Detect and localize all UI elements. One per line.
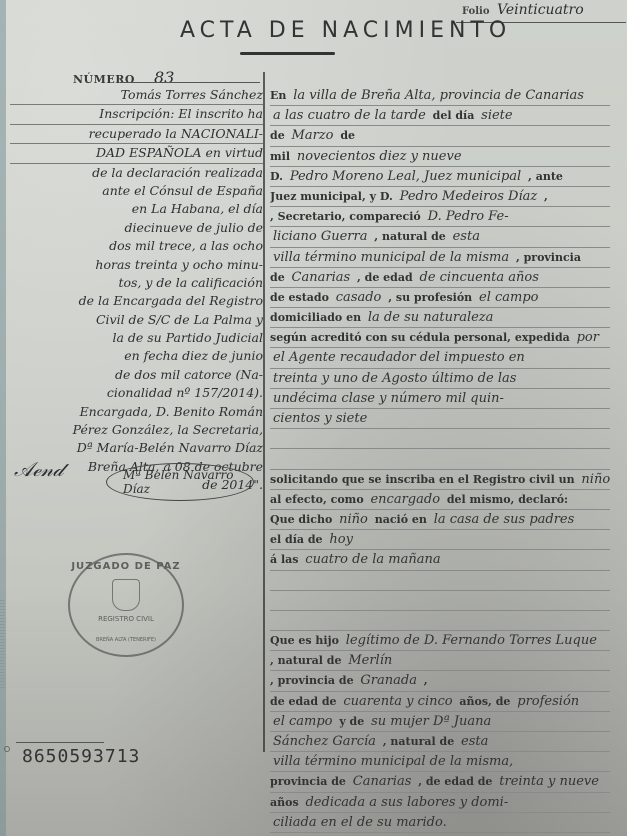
body-line: domiciliado en la de su naturaleza [270,308,610,328]
margin-line: DAD ESPAÑOLA en virtud [10,144,263,163]
handwritten-text: niño [339,512,368,527]
margin-line: de dos mil catorce (Na- [10,366,263,384]
handwritten-text: treinta y uno de Agosto último de las [273,371,516,386]
printed-text: del día [433,109,475,122]
printed-text: mil [270,150,290,163]
body-line [270,611,610,631]
body-line: , natural de Merlín [270,651,610,671]
body-line: de edad de cuarenta y cinco años, de pro… [270,692,610,712]
margin-line: de la Encargada del Registro [10,292,263,310]
margin-line: la de su Partido Judicial [10,329,263,347]
body-line: de estado casado , su profesión el campo [270,288,610,308]
stamp-middle-text: REGISTRO CIVIL [70,615,182,623]
printed-text: , [544,190,548,203]
margin-line: cionalidad nº 157/2014). [10,384,263,402]
handwritten-text: Marzo [292,128,334,143]
handwritten-text: de cincuenta años [420,270,539,285]
body-line: Que es hijo legítimo de D. Fernando Torr… [270,631,610,651]
handwritten-text: el Agente recaudador del impuesto en [273,350,525,365]
printed-text: domiciliado en [270,311,361,324]
body-line: treinta y uno de Agosto último de las [270,369,610,389]
body-line [270,429,610,449]
handwritten-text: por [577,330,599,345]
handwritten-text: la de su naturaleza [368,310,494,325]
margin-line: Civil de S/C de La Palma y [10,311,263,329]
printed-text: de [270,129,285,142]
handwritten-text: niño [581,472,610,487]
printed-text: Que es hijo [270,634,339,647]
printed-text: , de edad de [418,775,492,788]
body-line: cientos y siete [270,409,610,429]
record-number: NÚMERO 83 [73,68,174,87]
body-line: según acreditó con su cédula personal, e… [270,328,610,348]
certificate-body: En la villa de Breña Alta, provincia de … [270,86,610,833]
body-line: solicitando que se inscriba en el Regist… [270,470,610,490]
handwritten-text: undécima clase y número mil quin- [273,391,504,406]
printed-text: el día [270,533,304,546]
folio-value: Veinticuatro [497,2,584,18]
margin-line: de la declaración realizada [10,164,263,182]
page-edge [0,0,6,836]
printed-text: según acreditó con su cédula personal, e… [270,331,570,344]
printed-text: del mismo, declaró: [447,493,568,506]
printed-text: Que dicho [270,513,332,526]
body-line: de Marzo de [270,126,610,146]
signature-encargado: 𝒜ℯ𝓃𝒹 [14,457,63,481]
official-stamp: JUZGADO DE PAZ REGISTRO CIVIL BREÑA ALTA… [68,553,184,657]
body-line: mil novecientos diez y nueve [270,147,610,167]
body-line: villa término municipal de la misma , pr… [270,248,610,268]
handwritten-text: su mujer Dª Juana [371,714,491,729]
handwritten-text: Sánchez García [273,734,376,749]
handwritten-text: profesión [517,694,579,709]
handwritten-text: esta [461,734,488,749]
handwritten-text: D. Pedro Fe- [428,209,509,224]
handwritten-text: siete [481,108,512,123]
body-line: Juez municipal, y D. Pedro Medeiros Díaz… [270,187,610,207]
handwritten-text: cuatro de la mañana [305,552,440,567]
handwritten-text: Pedro Medeiros Díaz [400,189,538,204]
body-line: Que dicho niño nació en la casa de sus p… [270,510,610,530]
printed-text: , provincia de [270,674,354,687]
handwritten-text: dedicada a sus labores y domi- [305,795,508,810]
body-line: En la villa de Breña Alta, provincia de … [270,86,610,106]
margin-line: tos, y de la calificación [10,274,263,292]
margin-line: Pérez González, la Secretaria, [10,421,263,439]
printed-text: En [270,89,286,102]
handwritten-text: cientos y siete [273,411,367,426]
printed-text: solicitando que se inscriba en el Regist… [270,473,575,486]
handwritten-text: esta [453,229,480,244]
handwritten-text: la villa de Breña Alta, provincia de Can… [293,88,584,103]
body-line: ciliada en el de su marido. [270,813,610,833]
margin-line: en fecha diez de junio [10,347,263,365]
serial-number: 8650593713 [22,746,140,767]
handwritten-text: liciano Guerra [273,229,367,244]
printed-text: , su profesión [388,291,472,304]
handwritten-text: el campo [273,714,333,729]
body-line: á las cuatro de la mañana [270,550,610,570]
handwritten-text: Canarias [353,774,412,789]
handwritten-text: villa término municipal de la misma, [273,754,513,769]
handwritten-text: treinta y nueve [499,774,599,789]
printed-text: de [308,533,323,546]
body-line: , Secretario, compareció D. Pedro Fe- [270,207,610,227]
margin-line: ante el Cónsul de España [10,182,263,200]
margin-line: diecinueve de julio de [10,219,263,237]
body-line: undécima clase y número mil quin- [270,389,610,409]
coat-of-arms-icon [112,579,140,611]
numero-value: 83 [154,68,174,87]
margin-line: recuperado la NACIONALI- [10,125,263,144]
margin-line: Encargada, D. Benito Román [10,403,263,421]
margin-annotation: Tomás Torres SánchezInscripción: El insc… [10,86,263,495]
printed-text: y de [339,715,364,728]
body-line [270,591,610,611]
margin-line: horas treinta y ocho minu- [10,256,263,274]
margin-signatures: 𝒜ℯ𝓃𝒹 Mª Belén Navarro Díaz [14,455,254,495]
margin-line: dos mil trece, a las ocho [10,237,263,255]
numero-label: NÚMERO [73,73,135,86]
handwritten-text: a las cuatro de la tarde [273,108,426,123]
body-line: de Canarias , de edad de cincuenta años [270,268,610,288]
signature-secretaria: Mª Belén Navarro Díaz [106,463,254,501]
handwritten-text: legítimo de D. Fernando Torres Luque [346,633,597,648]
printed-text: provincia de [270,775,346,788]
handwritten-text: la casa de sus padres [434,512,575,527]
body-line: el día de hoy [270,530,610,550]
handwritten-text: Pedro Moreno Leal, Juez municipal [290,169,521,184]
handwritten-text: novecientos diez y nueve [297,149,462,164]
printed-text: de [340,129,355,142]
printed-text: años, de [459,695,510,708]
stamp-bottom-text: BREÑA ALTA (TENERIFE) [70,637,182,643]
handwritten-text: Granada [360,673,417,688]
body-line: a las cuatro de la tarde del día siete [270,106,610,126]
body-line: , provincia de Granada , [270,671,610,691]
handwritten-text: Merlín [348,653,392,668]
printed-text: , natural de [270,654,341,667]
title-underline [240,52,335,55]
punch-hole-icon [4,746,10,752]
body-line: liciano Guerra , natural de esta [270,227,610,247]
printed-text: Juez municipal, y D. [270,190,393,203]
edge-barcode [0,600,5,690]
margin-line: Inscripción: El inscrito ha [10,105,263,124]
body-line: el campo y de su mujer Dª Juana [270,712,610,732]
body-line: villa término municipal de la misma, [270,752,610,772]
printed-text: á las [270,553,298,566]
printed-text: , [424,674,428,687]
handwritten-text: Canarias [292,270,351,285]
printed-text: , provincia [516,251,581,264]
printed-text: , Secretario, compareció [270,210,421,223]
margin-line: Tomás Torres Sánchez [10,86,263,105]
handwritten-text: el campo [479,290,539,305]
document-title: ACTA DE NACIMIENTO [180,18,511,43]
handwritten-text: cuarenta y cinco [343,694,452,709]
handwritten-text: ciliada en el de su marido. [273,815,447,830]
body-line [270,449,610,469]
serial-underline [16,742,104,743]
margin-line: en La Habana, el día [10,200,263,218]
printed-text: años [270,796,299,809]
folio: Folio Veinticuatro [462,2,584,18]
printed-text: al efecto, como [270,493,364,506]
body-line: el Agente recaudador del impuesto en [270,348,610,368]
body-line: Sánchez García , natural de esta [270,732,610,752]
stamp-top-text: JUZGADO DE PAZ [70,561,182,572]
handwritten-text: villa término municipal de la misma [273,250,509,265]
handwritten-text: casado [336,290,382,305]
printed-text: , ante [528,170,563,183]
printed-text: de [270,271,285,284]
printed-text: , natural de [383,735,454,748]
printed-text: D. [270,170,283,183]
folio-label: Folio [462,6,490,17]
handwritten-text: hoy [329,532,353,547]
printed-text: nació en [375,513,427,526]
printed-text: , natural de [374,230,445,243]
body-line: al efecto, como encargado del mismo, dec… [270,490,610,510]
body-line: D. Pedro Moreno Leal, Juez municipal , a… [270,167,610,187]
body-line [270,571,610,591]
body-line: provincia de Canarias , de edad de trein… [270,772,610,792]
printed-text: , de edad [357,271,413,284]
body-line: años dedicada a sus labores y domi- [270,793,610,813]
printed-text: de edad de [270,695,337,708]
printed-text: de estado [270,291,329,304]
handwritten-text: encargado [370,492,440,507]
column-divider [263,72,265,752]
numero-underline [120,82,260,83]
